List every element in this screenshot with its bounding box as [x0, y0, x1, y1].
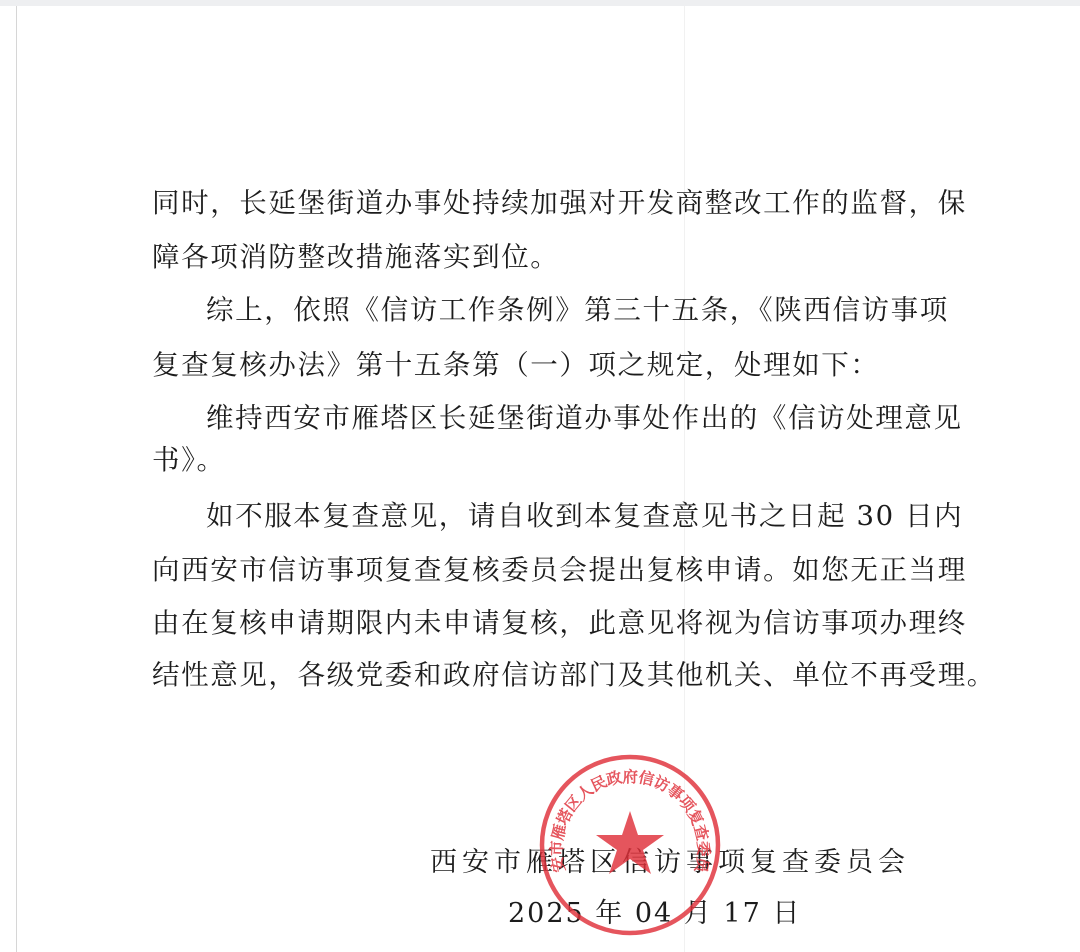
paragraph-2-line-2: 复查复核办法》第十五条第（一）项之规定，处理如下：	[152, 345, 942, 385]
paragraph-4-line-4: 结性意见，各级党委和政府信访部门及其他机关、单位不再受理。	[152, 655, 942, 695]
star-icon	[596, 811, 664, 874]
paragraph-1-line-1: 同时，长延堡街道办事处持续加强对开发商整改工作的监督，保	[152, 183, 942, 223]
paragraph-1-line-2: 障各项消防整改措施落实到位。	[152, 237, 942, 277]
paragraph-3-line-2: 书》。	[152, 440, 942, 480]
paragraph-4-line-2: 向西安市信访事项复查复核委员会提出复核申请。如您无正当理	[152, 550, 942, 590]
paragraph-4-line-1: 如不服本复查意见，请自收到本复查意见书之日起 30 日内	[206, 496, 942, 536]
paragraph-2-line-1: 综上，依照《信访工作条例》第三十五条，《陕西信访事项	[206, 290, 942, 330]
official-seal-stamp: 西安市雁塔区人民政府信访事项复查委员会	[538, 753, 722, 937]
paragraph-4-line-3: 由在复核申请期限内未申请复核，此意见将视为信访事项办理终	[152, 603, 942, 643]
paragraph-3-line-1: 维持西安市雁塔区长延堡街道办事处作出的《信访处理意见	[206, 398, 942, 438]
document-page: 同时，长延堡街道办事处持续加强对开发商整改工作的监督，保 障各项消防整改措施落实…	[0, 0, 1080, 952]
